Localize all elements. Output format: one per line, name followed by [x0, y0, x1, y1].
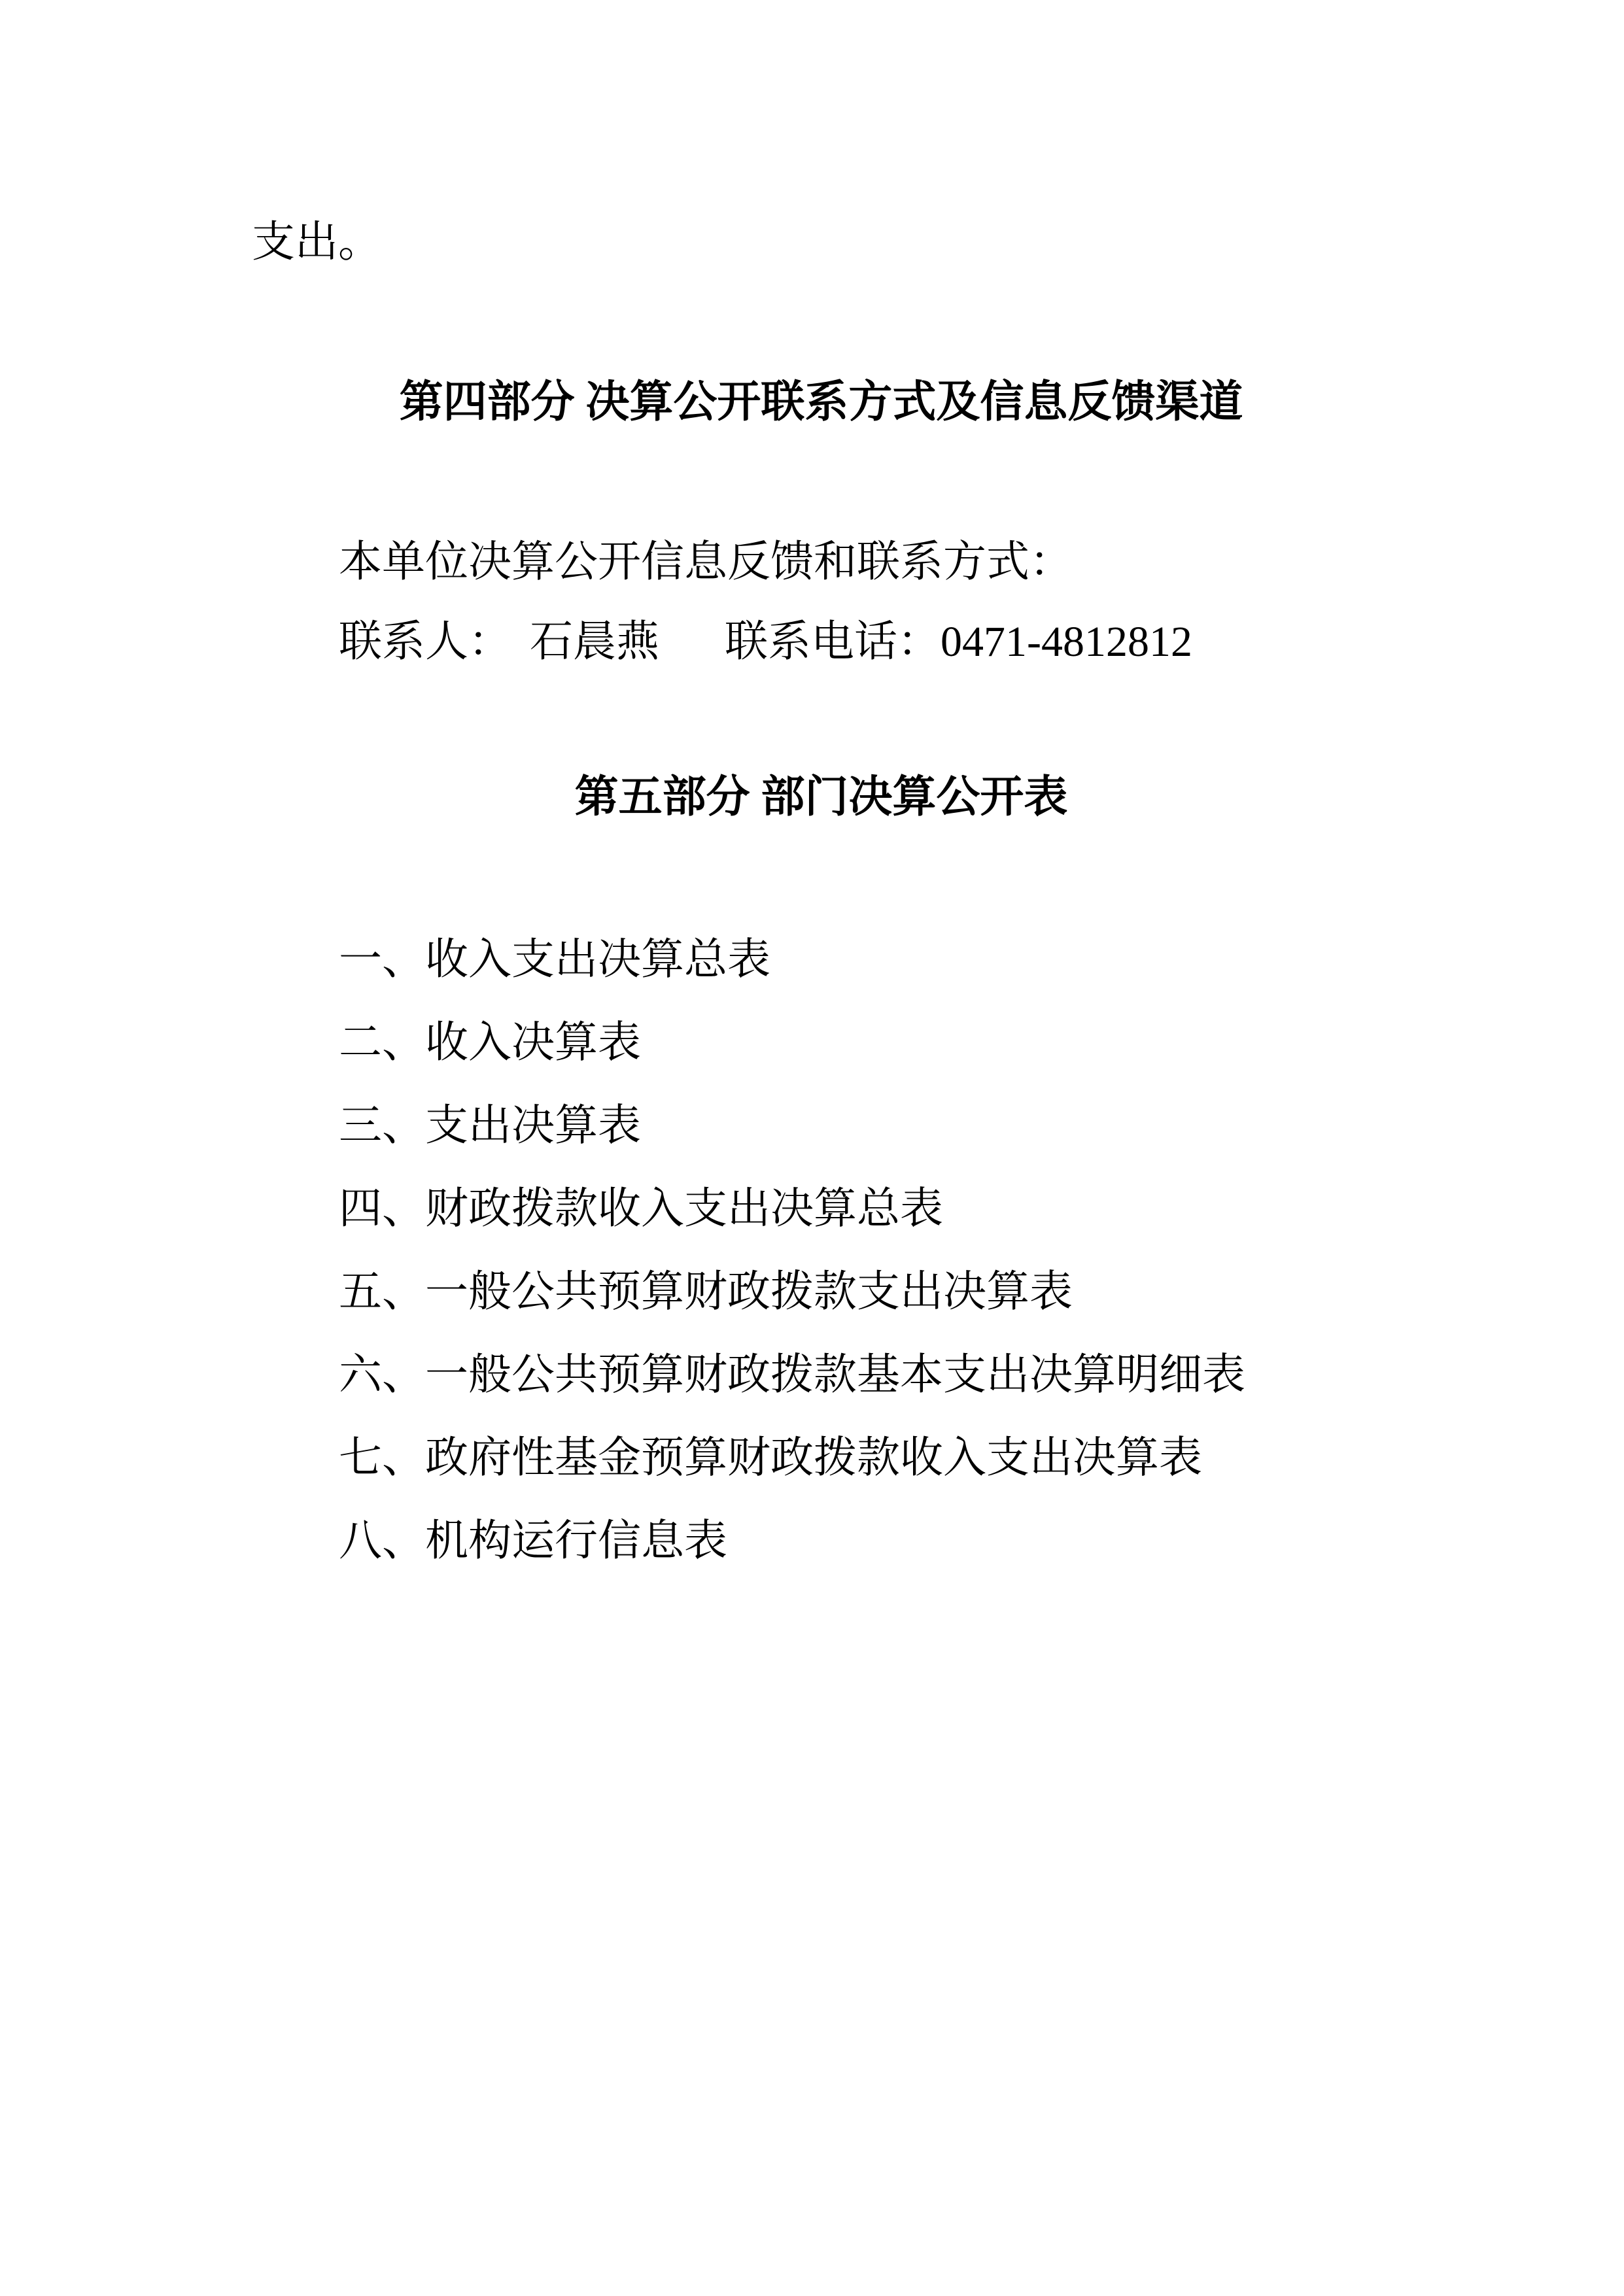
part4-contact-line: 联系人：石晨燕联系电话：0471-4812812: [252, 602, 1391, 682]
list-item-8: 八、机构运行信息表: [252, 1499, 1391, 1583]
contact-phone-label: 联系电话：: [725, 618, 941, 666]
paragraph-continuation: 支出。: [252, 201, 1391, 284]
contact-person-name: 石晨燕: [530, 618, 659, 666]
list-item-7: 七、政府性基金预算财政拨款收入支出决算表: [252, 1416, 1391, 1499]
contact-person-label: 联系人：: [339, 618, 511, 666]
list-item-6: 六、一般公共预算财政拨款基本支出决算明细表: [252, 1333, 1391, 1416]
part5-heading: 第五部分 部门决算公开表: [252, 756, 1391, 838]
list-item-3: 三、支出决算表: [252, 1084, 1391, 1167]
list-item-1: 一、收入支出决算总表: [252, 918, 1391, 1001]
list-item-5: 五、一般公共预算财政拨款支出决算表: [252, 1250, 1391, 1333]
part4-intro-line: 本单位决算公开信息反馈和联系方式：: [252, 523, 1391, 602]
list-item-2: 二、收入决算表: [252, 1001, 1391, 1084]
document-page: 支出。 第四部分 决算公开联系方式及信息反馈渠道 本单位决算公开信息反馈和联系方…: [0, 0, 1624, 2296]
contact-phone-number: 0471-4812812: [941, 618, 1192, 666]
disclosure-table-list: 一、收入支出决算总表 二、收入决算表 三、支出决算表 四、财政拨款收入支出决算总…: [252, 918, 1391, 1583]
list-item-4: 四、财政拨款收入支出决算总表: [252, 1167, 1391, 1250]
part4-heading: 第四部分 决算公开联系方式及信息反馈渠道: [252, 361, 1391, 443]
